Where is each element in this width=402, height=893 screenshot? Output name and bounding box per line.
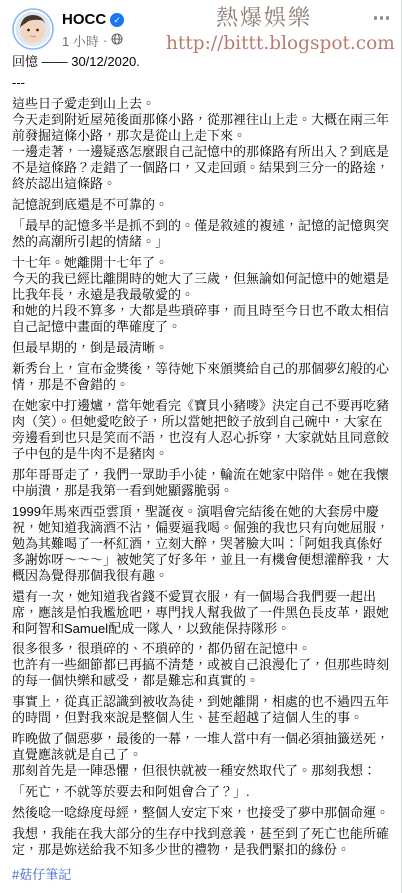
verified-badge-icon: ✓ bbox=[110, 13, 124, 27]
hashtag-link[interactable]: #菇仔筆記 bbox=[12, 867, 71, 882]
post-paragraph: #菇仔筆記 bbox=[12, 867, 389, 883]
avatar[interactable] bbox=[12, 8, 54, 50]
author-name[interactable]: HOCC bbox=[62, 11, 106, 29]
post-paragraph: 1999年馬來西亞雲頂，聖誕夜。演唱會完結後在她的大套房中慶祝，她知道我滴酒不沾… bbox=[12, 504, 389, 584]
ellipsis-icon bbox=[380, 16, 384, 20]
post-paragraph: 記憶說到底還是不可靠的。 bbox=[12, 197, 389, 213]
post-paragraph: 還有一次，她知道我省錢不愛買衣服，有一個場合我們要一起出席，應該是怕我尷尬吧，專… bbox=[12, 589, 389, 637]
post-paragraph: 「死亡，不就等於要去和阿姐會合了？」. bbox=[12, 784, 389, 800]
post-paragraph: 事實上，從真正認識到被收為徒，到她離開，相處的也不過四五年的時間，但對我來說是整… bbox=[12, 694, 389, 726]
globe-icon bbox=[111, 33, 123, 48]
post-paragraph: 這些日子愛走到山上去。 今天走到附近屋苑後面那條小路，從那裡往山上走。大概在兩三… bbox=[12, 96, 389, 192]
post-paragraph: 但最早期的，倒是最清晰。 bbox=[12, 340, 389, 356]
post-header: HOCC ✓ 1 小時 · bbox=[0, 0, 401, 52]
avatar-photo bbox=[12, 8, 54, 50]
post-paragraph: --- bbox=[12, 75, 389, 91]
post-paragraph: 新秀台上，宣布金獎後，等待她下來頒獎給自己的那個夢幻般的心情，那是不會錯的。 bbox=[12, 361, 389, 393]
author-block: HOCC ✓ 1 小時 · bbox=[62, 8, 124, 50]
meta-separator: · bbox=[103, 33, 107, 48]
ellipsis-icon bbox=[374, 16, 378, 20]
post-text: 回憶 —— 30/12/2020. --- 這些日子愛走到山上去。 今天走到附近… bbox=[0, 52, 401, 893]
post-paragraph: 「最早的記憶多半是抓不到的。僅是敘述的複述，記憶的記憶與突然的高潮所引起的情緒。… bbox=[12, 218, 389, 250]
post-paragraph: 然後唸一唸綠度母經，整個人安定下來，也接受了夢中那個命運。 bbox=[12, 805, 389, 821]
timestamp[interactable]: 1 小時 bbox=[62, 31, 99, 50]
post-paragraph: 在她家中打邊爐，當年她看完《寶貝小豬嘜》決定自己不要再吃豬肉（笑）。但她愛吃餃子… bbox=[12, 398, 389, 462]
facebook-post-card: HOCC ✓ 1 小時 · 熱爆娛樂 http://bi bbox=[0, 0, 402, 893]
post-paragraph: 那年哥哥走了，我們一眾助手小徒，輪流在她家中陪伴。她在我懷中崩潰，那是我第一看到… bbox=[12, 467, 389, 499]
ellipsis-icon bbox=[386, 16, 390, 20]
post-paragraph: 很多很多，很瑣碎的、不瑣碎的，都仍留在記憶中。 也許有一些細節都已再搞不清楚，或… bbox=[12, 641, 389, 689]
post-paragraph: 十七年。她離開十七年了。 今天的我已經比離開時的她大了三歲，但無論如何記憶中的她… bbox=[12, 255, 389, 335]
post-paragraph: 我想，我能在我大部分的生存中找到意義，甚至到了死亡也能所確定，那是妳送給我不知多… bbox=[12, 826, 389, 858]
more-options-button[interactable] bbox=[372, 10, 392, 26]
post-paragraph: 昨晚做了個惡夢，最後的一幕，一堆人當中有一個必須抽籤送死，直覺應該就是自己了。 … bbox=[12, 731, 389, 779]
post-paragraph: 回憶 —— 30/12/2020. bbox=[12, 54, 389, 70]
